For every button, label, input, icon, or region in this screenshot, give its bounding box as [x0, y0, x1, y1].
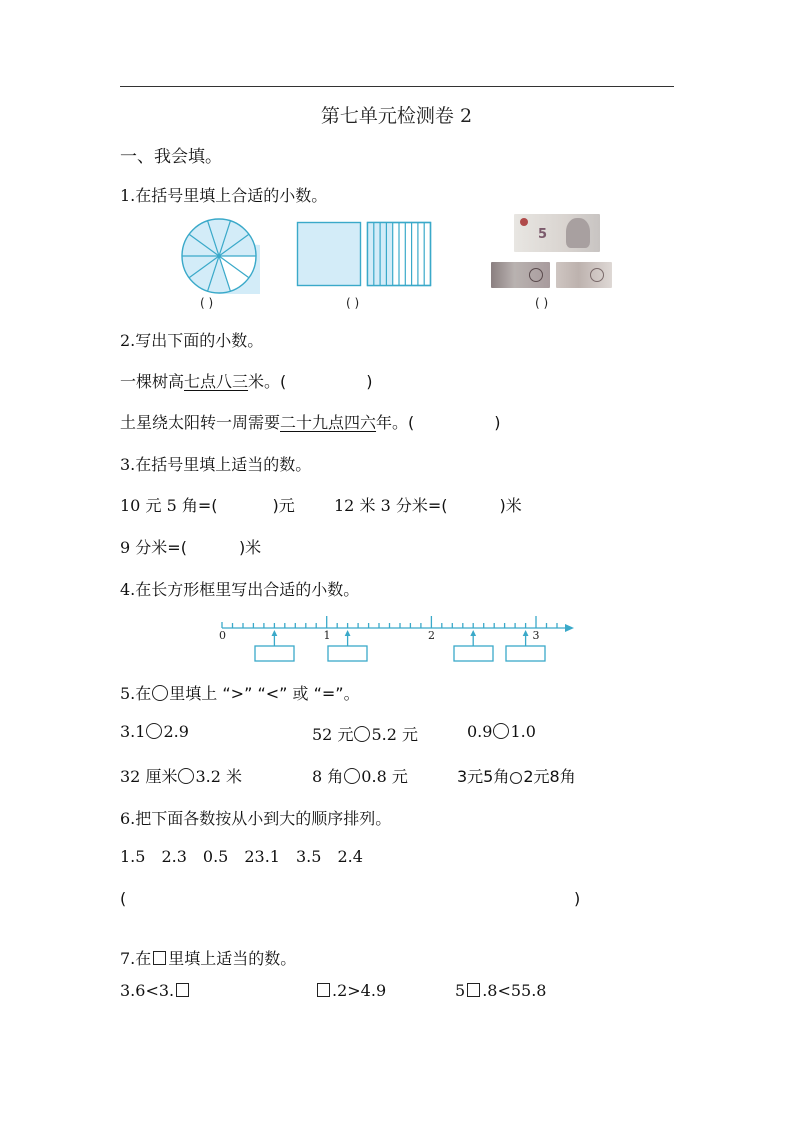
answer-blank-circle[interactable]: ( ) [200, 296, 213, 310]
compare-item-6: 3元5角2元8角 [457, 764, 576, 787]
page-title: 第七单元检测卷 2 [0, 101, 793, 128]
squares-fraction-figure [296, 221, 436, 287]
question-1-prompt: 1.在括号里填上合适的小数。 [120, 183, 327, 206]
jiao-note-image-1 [491, 262, 550, 288]
numbers-to-sort: 1.52.30.523.13.52.4 [120, 847, 363, 866]
number-line-answer-box-1[interactable] [255, 646, 294, 661]
compare-circle-blank[interactable] [354, 726, 370, 742]
circle-fraction-figure [180, 218, 260, 294]
digit-box-blank[interactable] [467, 983, 480, 997]
circle-placeholder-icon [152, 685, 168, 701]
compare-item-3: 0.91.0 [467, 722, 536, 741]
digit-fill-item-2: .2>4.9 [315, 981, 386, 1000]
compare-circle-blank[interactable] [344, 768, 360, 784]
tick-label-2: 2 [428, 629, 435, 642]
compare-item-2: 52 元5.2 元 [312, 722, 418, 745]
emblem-icon [520, 218, 528, 226]
tick-label-3: 3 [533, 629, 540, 642]
question-6-prompt: 6.把下面各数按从小到大的顺序排列。 [120, 806, 391, 829]
number-line-answer-box-3[interactable] [454, 646, 493, 661]
square-placeholder-icon [153, 951, 166, 965]
question-3-item-1: 10 元 5 角=()元 [120, 493, 295, 516]
compare-item-5: 8 角0.8 元 [312, 764, 408, 787]
sort-answer-blank[interactable] [132, 885, 572, 909]
tick-label-0: 0 [219, 629, 226, 642]
compare-circle-blank[interactable] [493, 723, 509, 739]
answer-blank-squares[interactable]: ( ) [346, 296, 359, 310]
compare-item-1: 3.12.9 [120, 722, 189, 741]
compare-item-4: 32 厘米3.2 米 [120, 764, 242, 787]
five-yuan-note-image: 5 [514, 214, 600, 252]
section-heading: 一、我会填。 [120, 142, 222, 167]
note-seal-icon [529, 268, 543, 282]
answer-blank-money[interactable]: ( ) [535, 296, 548, 310]
question-5-prompt: 5.在里填上 “>” “<” 或 “=”。 [120, 681, 360, 704]
portrait-icon [566, 218, 590, 248]
note-seal-icon [590, 268, 604, 282]
sort-answer-close-paren: ) [574, 889, 580, 908]
question-3-item-3: 9 分米=()米 [120, 535, 261, 558]
jiao-note-image-2 [556, 262, 612, 288]
question-2-line-1: 一棵树高七点八三米。() [120, 369, 373, 392]
compare-circle-blank[interactable] [510, 772, 522, 784]
header-rule [120, 86, 674, 87]
sort-answer-open-paren: ( [120, 889, 126, 908]
tick-label-1: 1 [324, 629, 331, 642]
question-3-item-2: 12 米 3 分米=()米 [334, 493, 522, 516]
question-2-line-2: 土星绕太阳转一周需要二十九点四六年。() [120, 410, 501, 433]
number-line-answer-box-2[interactable] [328, 646, 367, 661]
note-denomination: 5 [538, 227, 547, 242]
number-line-answer-box-4[interactable] [506, 646, 545, 661]
digit-fill-item-1: 3.6<3. [120, 981, 191, 1000]
compare-circle-blank[interactable] [146, 723, 162, 739]
compare-circle-blank[interactable] [178, 768, 194, 784]
digit-box-blank[interactable] [176, 983, 189, 997]
question-3-prompt: 3.在括号里填上适当的数。 [120, 452, 311, 475]
question-4-prompt: 4.在长方形框里写出合适的小数。 [120, 577, 359, 600]
digit-fill-item-3: 5.8<55.8 [455, 981, 546, 1000]
question-2-prompt: 2.写出下面的小数。 [120, 328, 263, 351]
digit-box-blank[interactable] [317, 983, 330, 997]
question-7-prompt: 7.在里填上适当的数。 [120, 946, 296, 969]
